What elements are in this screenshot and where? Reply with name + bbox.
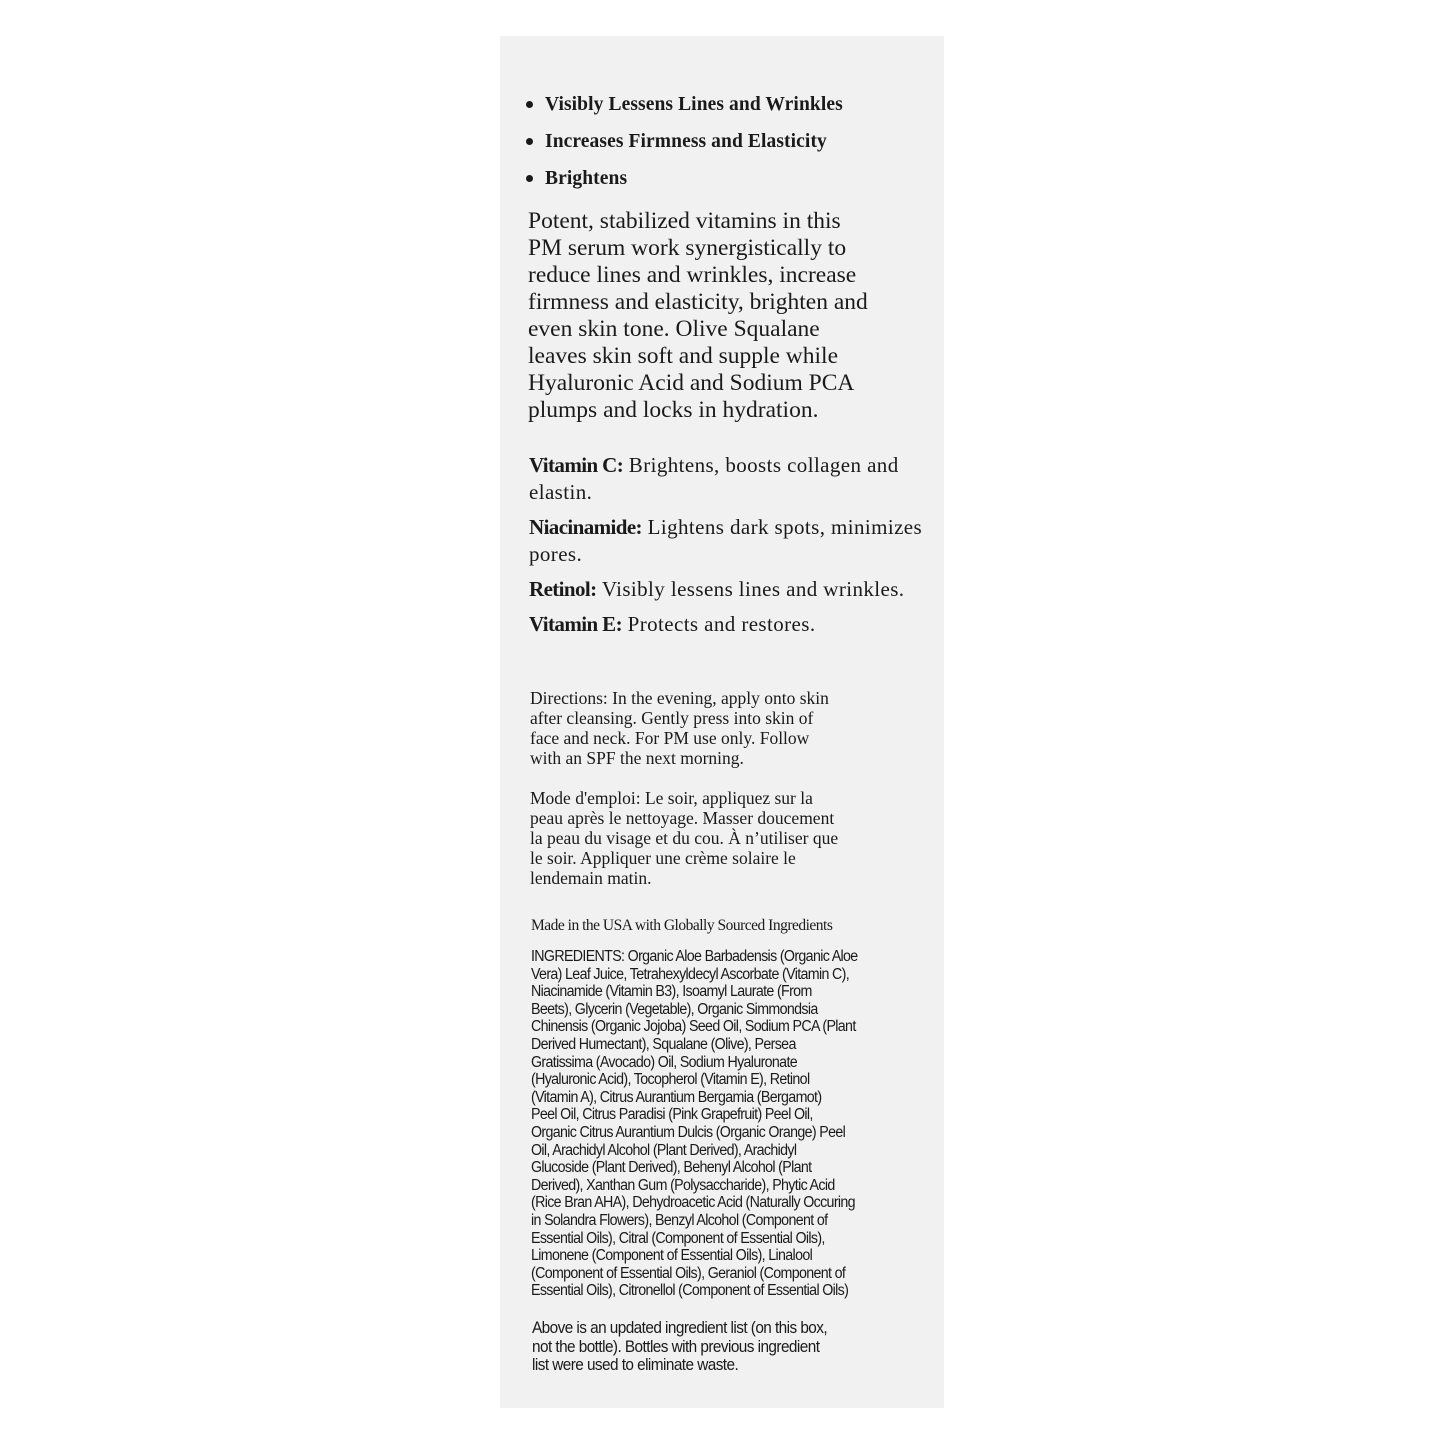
- bullet-text: Brightens: [545, 168, 627, 190]
- benefit-niacinamide: Niacinamide: Lightens dark spots, minimi…: [529, 514, 929, 568]
- directions-english: Directions: In the evening, apply onto s…: [530, 688, 930, 768]
- made-in-statement: Made in the USA with Globally Sourced In…: [531, 917, 931, 935]
- bullet-text: Visibly Lessens Lines and Wrinkles: [545, 94, 843, 116]
- bullet-dot-icon: [526, 101, 533, 108]
- ingredient-benefits-list: Vitamin C: Brightens, boosts collagen an…: [529, 452, 929, 646]
- benefit-retinol: Retinol: Visibly lessens lines and wrink…: [529, 576, 929, 603]
- ingredients-list: INGREDIENTS: Organic Aloe Barbadensis (O…: [531, 948, 912, 1300]
- benefit-vitamin-e: Vitamin E: Protects and restores.: [529, 611, 929, 638]
- bullet-dot-icon: [526, 175, 533, 182]
- benefit-bullet-list: Visibly Lessens Lines and Wrinkles Incre…: [526, 86, 936, 197]
- product-box-panel: Visibly Lessens Lines and Wrinkles Incre…: [500, 36, 944, 1408]
- product-description: Potent, stabilized vitamins in this PM s…: [528, 208, 928, 424]
- benefit-name: Niacinamide:: [529, 515, 642, 539]
- benefit-text: Protects and restores.: [628, 612, 816, 636]
- bullet-dot-icon: [526, 138, 533, 145]
- benefit-vitamin-c: Vitamin C: Brightens, boosts collagen an…: [529, 452, 929, 506]
- benefit-name: Retinol:: [529, 577, 597, 601]
- benefit-text: Visibly lessens lines and wrinkles.: [602, 577, 905, 601]
- bullet-item: Brightens: [526, 160, 936, 197]
- ingredient-update-note: Above is an updated ingredient list (on …: [532, 1319, 913, 1375]
- benefit-name: Vitamin C:: [529, 453, 623, 477]
- bullet-item: Increases Firmness and Elasticity: [526, 123, 936, 160]
- bullet-text: Increases Firmness and Elasticity: [545, 131, 827, 153]
- benefit-name: Vitamin E:: [529, 612, 622, 636]
- bullet-item: Visibly Lessens Lines and Wrinkles: [526, 86, 936, 123]
- directions-french: Mode d'emploi: Le soir, appliquez sur la…: [530, 788, 930, 888]
